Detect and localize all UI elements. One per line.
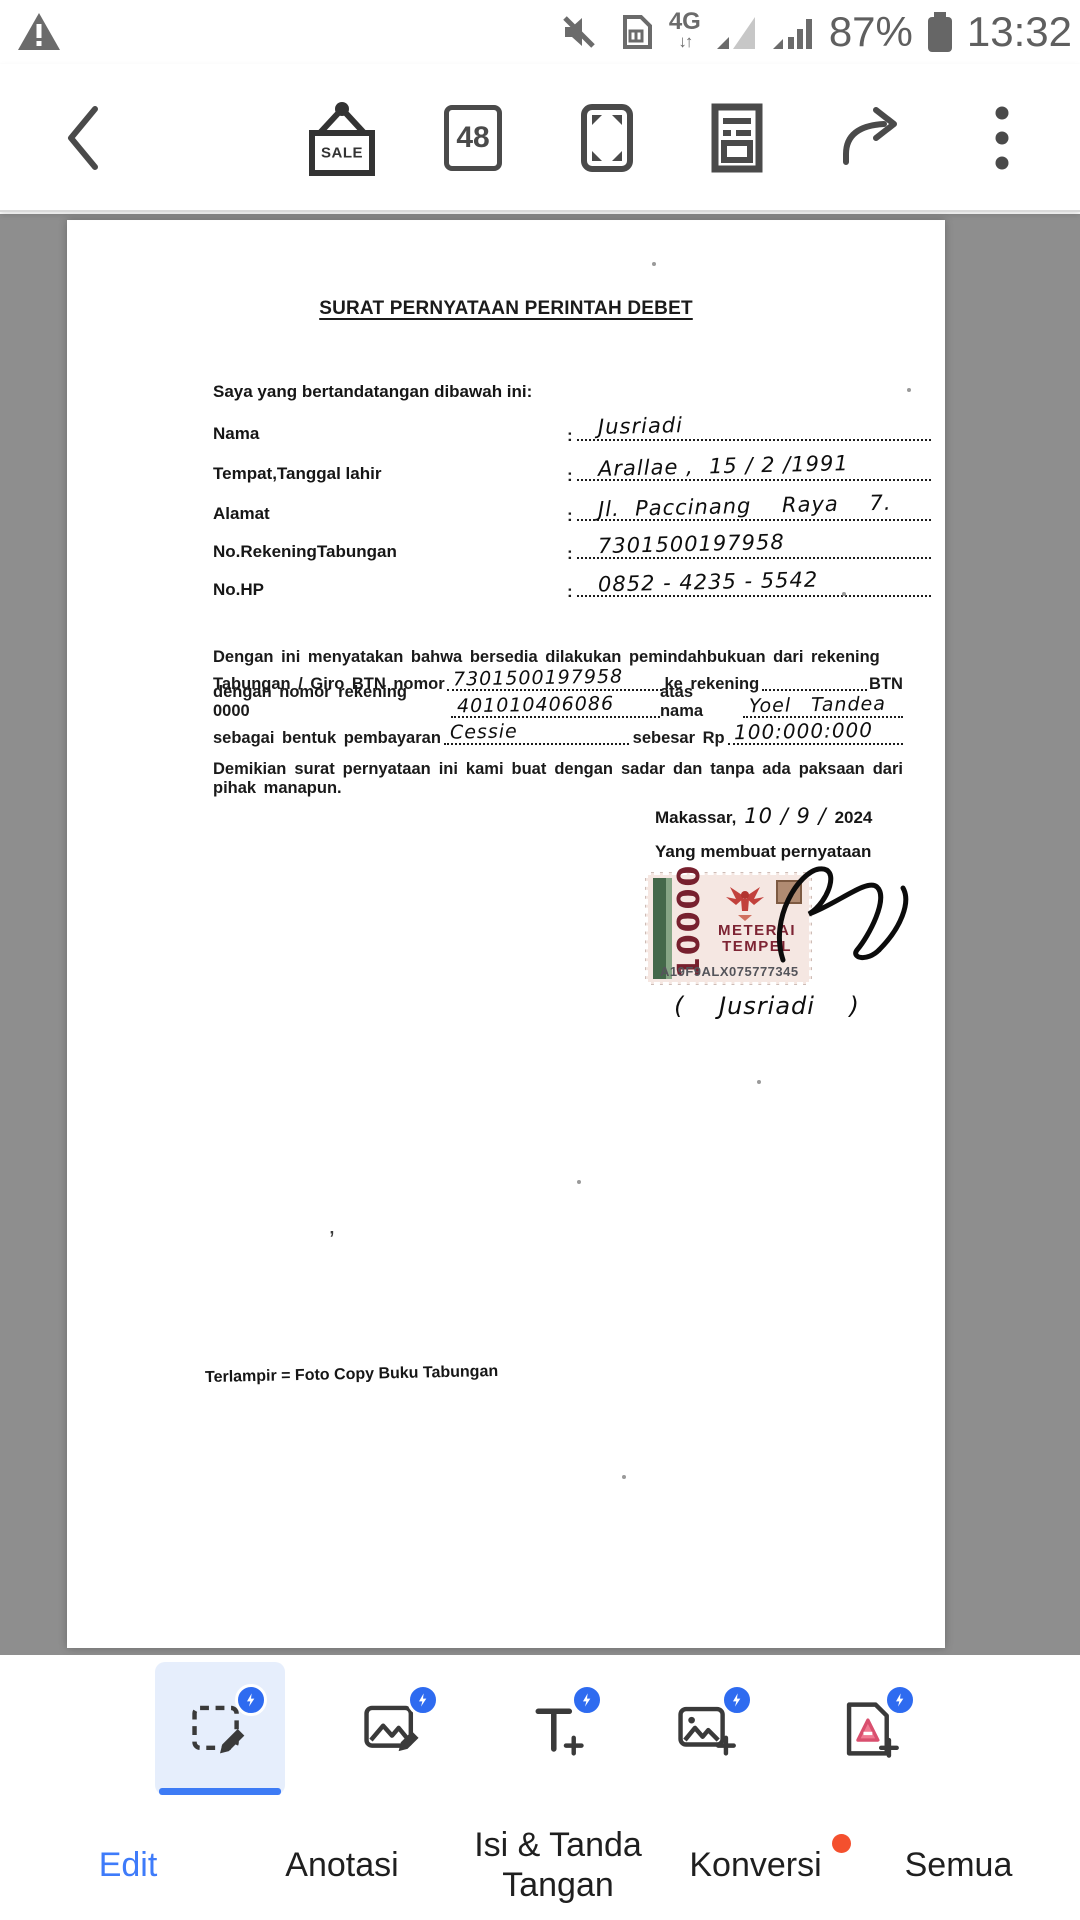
scan-mark: ’ — [329, 1225, 335, 1256]
field-row-rekening: No.RekeningTabungan : 7301500197958 — [213, 528, 931, 566]
battery-percent-label: 87% — [829, 8, 913, 56]
field-row-hp: No.HP : 0852 - 4235 - 5542 — [213, 566, 931, 604]
paragraph-text: Dengan ini menyatakan bahwa bersedia dil… — [213, 648, 880, 667]
field-value-handwritten: 0852 - 4235 - 5542 — [598, 568, 819, 597]
paragraph-text: dengan nomor rekening 0000 — [213, 683, 451, 721]
add-image-tool[interactable] — [641, 1662, 771, 1795]
field-colon: : — [567, 466, 573, 486]
crop-edit-tool[interactable] — [155, 1662, 285, 1795]
field-value-handwritten: Arallae , 15 / 2 /1991 — [598, 451, 849, 481]
share-button[interactable] — [832, 64, 908, 212]
dotted-line — [577, 439, 931, 441]
field-label: No.HP — [213, 580, 264, 600]
network-type-label: 4G — [669, 12, 701, 32]
sale-label: SALE — [321, 144, 363, 161]
scan-speck — [652, 262, 656, 266]
date-line: Makassar, 10 / 9 / 2024 — [655, 804, 872, 828]
page-count-button[interactable]: 48 — [438, 64, 508, 212]
premium-badge — [884, 1684, 916, 1716]
field-label: Alamat — [213, 504, 270, 524]
field-value-handwritten: 7301500197958 — [598, 530, 785, 558]
mobile-data-icon: 4G ↓↑ — [669, 12, 701, 52]
scan-speck — [577, 1180, 581, 1184]
handwritten-amount: 100:000:000 — [734, 718, 873, 744]
bottom-tool-strip — [0, 1655, 1080, 1810]
page-count-badge: 48 — [444, 105, 502, 171]
paragraph-text: BTN — [869, 675, 903, 694]
dotted-fill-empty — [762, 689, 867, 691]
data-arrows-icon: ↓↑ — [678, 32, 691, 52]
scan-speck — [907, 388, 911, 392]
field-label: No.RekeningTabungan — [213, 542, 397, 562]
fit-screen-button[interactable] — [572, 64, 642, 212]
closing-paragraph: Demikian surat pernyataan ini kami buat … — [213, 760, 903, 798]
tab-konversi[interactable]: Konversi — [668, 1810, 843, 1920]
document-viewer: SURAT PERNYATAAN PERINTAH DEBET Saya yan… — [0, 214, 1080, 1655]
paragraph-text: sebesar Rp — [633, 729, 725, 748]
warning-icon — [16, 10, 62, 54]
dotted-fill: 7301500197958 — [447, 689, 662, 691]
tab-isi-tanda-tangan[interactable]: Isi & Tanda Tangan — [448, 1810, 668, 1920]
field-row-alamat: Alamat : Jl. Paccinang Raya 7. — [213, 490, 931, 528]
status-bar: 4G ↓↑ 87% 13:32 — [0, 0, 1080, 64]
handwritten-beneficiary-name: Yoel Tandea — [749, 693, 886, 717]
field-colon: : — [567, 544, 573, 564]
lightning-icon — [579, 1692, 595, 1708]
lightning-icon — [892, 1692, 908, 1708]
top-toolbar: SALE 48 — [0, 64, 1080, 212]
fit-screen-icon — [578, 102, 636, 174]
premium-badge — [235, 1684, 267, 1716]
sale-button[interactable]: SALE — [302, 64, 382, 212]
handwritten-account-number: 7301500197958 — [453, 666, 624, 691]
paragraph-line-3: dengan nomor rekening 0000 401010406086 … — [213, 694, 903, 721]
field-value-handwritten: Jl. Paccinang Raya 7. — [598, 491, 892, 522]
paragraph-text: sebagai bentuk pembayaran — [213, 729, 441, 748]
attachment-note: Terlampir = Foto Copy Buku Tabungan — [205, 1363, 499, 1387]
dotted-fill: 401010406086 — [451, 716, 660, 718]
tab-semua[interactable]: Semua — [886, 1810, 1031, 1920]
field-colon: : — [567, 582, 573, 602]
field-label: Nama — [213, 424, 259, 444]
notification-dot — [832, 1834, 851, 1853]
selected-tool-underline — [159, 1788, 281, 1795]
document-intro: Saya yang bertandatangan dibawah ini: — [213, 382, 532, 402]
paragraph-text: atas nama — [660, 683, 743, 721]
dotted-fill: 100:000:000 — [728, 743, 903, 745]
image-edit-tool[interactable] — [327, 1662, 457, 1795]
document-outline-icon — [709, 102, 765, 174]
handwritten-signature — [755, 856, 925, 986]
lightning-icon — [415, 1692, 431, 1708]
field-row-ttl: Tempat,Tanggal lahir : Arallae , 15 / 2 … — [213, 450, 931, 488]
more-menu-button[interactable] — [972, 64, 1032, 212]
document-title: SURAT PERNYATAAN PERINTAH DEBET — [67, 298, 945, 320]
battery-icon — [925, 9, 955, 55]
tab-edit[interactable]: Edit — [58, 1810, 198, 1920]
premium-badge — [721, 1684, 753, 1716]
scanned-page[interactable]: SURAT PERNYATAAN PERINTAH DEBET Saya yan… — [67, 220, 945, 1648]
field-row-nama: Nama : Jusriadi — [213, 410, 931, 448]
lightning-icon — [729, 1692, 745, 1708]
tab-label: Konversi — [689, 1845, 821, 1885]
bottom-tab-bar: Edit Anotasi Isi & Tanda Tangan Konversi… — [0, 1810, 1080, 1920]
field-label: Tempat,Tanggal lahir — [213, 464, 381, 484]
handwritten-payment-type: Cessie — [450, 720, 518, 743]
doc-convert-tool[interactable] — [804, 1662, 934, 1795]
premium-badge — [571, 1684, 603, 1716]
city-label: Makassar, — [655, 808, 736, 828]
handwritten-date: 10 / 9 / — [744, 804, 826, 828]
more-vertical-icon — [995, 105, 1009, 171]
sim-card-icon — [611, 11, 657, 53]
tab-anotasi[interactable]: Anotasi — [252, 1810, 432, 1920]
field-value-handwritten: Jusriadi — [598, 413, 683, 439]
signal-strength-icon-sim2 — [771, 11, 817, 53]
handwritten-dest-account: 401010406086 — [456, 693, 613, 718]
lightning-icon — [243, 1692, 259, 1708]
dotted-fill: Cessie — [444, 743, 629, 745]
back-button[interactable] — [48, 64, 118, 212]
add-text-tool[interactable] — [491, 1662, 621, 1795]
mute-icon — [559, 12, 599, 52]
year-label: 2024 — [835, 808, 873, 828]
signal-strength-icon-sim1 — [713, 11, 759, 53]
page-info-button[interactable] — [702, 64, 772, 212]
sale-sign-icon — [304, 99, 380, 177]
paragraph-line-4: sebagai bentuk pembayaran Cessie sebesar… — [213, 721, 903, 748]
scan-speck — [757, 1080, 761, 1084]
field-colon: : — [567, 506, 573, 526]
scan-speck — [842, 592, 846, 596]
scan-speck — [622, 1475, 626, 1479]
clock-label: 13:32 — [967, 8, 1072, 56]
paragraph-line-1: Dengan ini menyatakan bahwa bersedia dil… — [213, 640, 903, 667]
back-icon — [61, 101, 105, 175]
premium-badge — [407, 1684, 439, 1716]
signed-name: ( Jusriadi ) — [627, 992, 907, 1020]
share-icon — [836, 106, 904, 170]
field-colon: : — [567, 426, 573, 446]
